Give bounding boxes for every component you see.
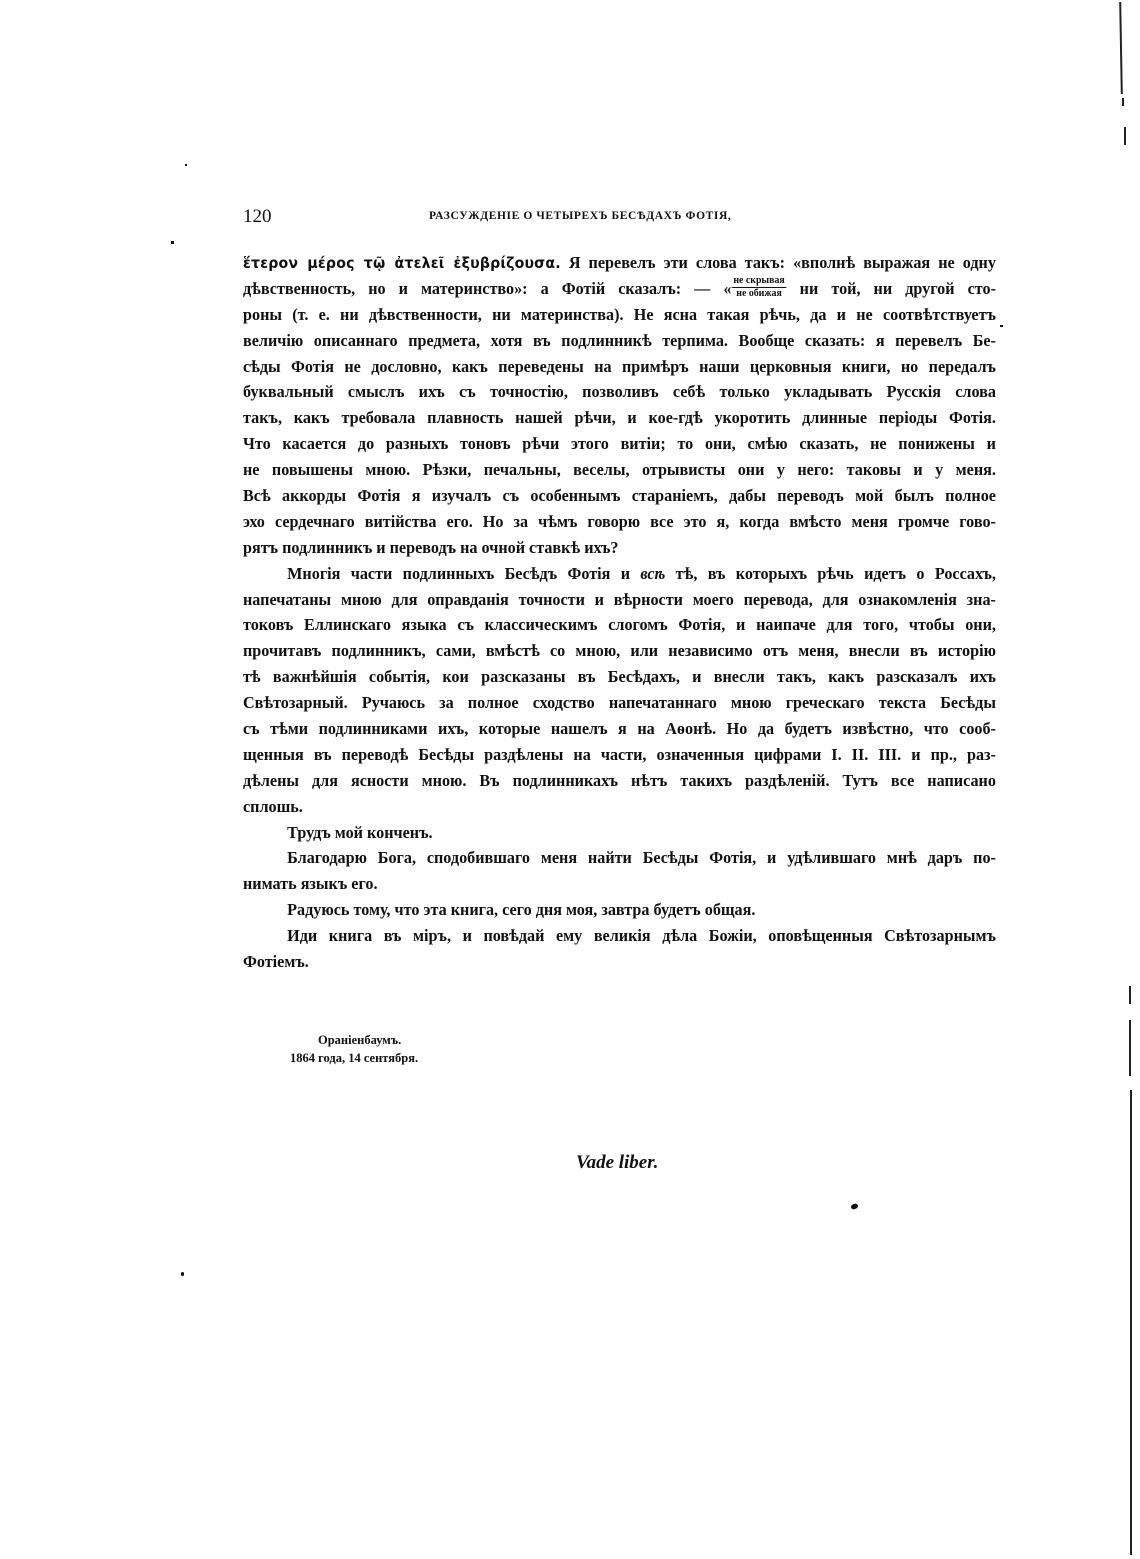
text-line: съ тѣми подлинниками ихъ, которые нашелъ… bbox=[243, 716, 996, 742]
text-line: Благодарю Бога, сподобившаго меня найти … bbox=[243, 845, 996, 871]
text-line: эхо сердечнаго витійства его. Но за чѣмъ… bbox=[243, 509, 996, 535]
greek-quote: ἕτερον μέρος τῷ ἀτελεῖ ἐξυβρίζουσα. bbox=[243, 254, 561, 272]
line-text: Многія части подлинныхъ Бесѣдъ Фотія и bbox=[287, 564, 640, 583]
text-line: Фотіемъ. bbox=[243, 949, 996, 975]
scan-edge-line bbox=[1119, 2, 1123, 94]
page-number: 120 bbox=[243, 206, 272, 228]
scan-speck bbox=[850, 1203, 858, 1210]
scan-edge-line bbox=[1124, 127, 1126, 145]
text-line: напечатаны мною для оправданія точности … bbox=[243, 587, 996, 613]
emphasis-text: всѣ bbox=[640, 564, 665, 583]
text-line: Иди книга въ міръ, и повѣдай ему великія… bbox=[243, 923, 996, 949]
line-text: дѣвственность, но и материнство»: а Фоті… bbox=[243, 279, 731, 298]
text-line: Трудъ мой конченъ. bbox=[243, 820, 996, 846]
text-line: Свѣтозарный. Ручаюсь за полное сходство … bbox=[243, 690, 996, 716]
scan-edge-line bbox=[1129, 986, 1131, 1004]
text-line: прочитавъ подлинникъ, сами, вмѣстѣ со мн… bbox=[243, 638, 996, 664]
scan-edge-line bbox=[1129, 1020, 1131, 1076]
signature-place: Ораніенбаумъ. bbox=[290, 1031, 418, 1049]
stacked-alternative: не скрываяне обижая bbox=[731, 275, 786, 300]
signature-date: 1864 года, 14 сентября. bbox=[290, 1049, 418, 1067]
text-line: дѣвственность, но и материнство»: а Фоті… bbox=[243, 276, 996, 302]
scan-edge-line bbox=[1122, 98, 1124, 106]
book-page: 120 РАЗСУЖДЕНІЕ О ЧЕТЫРЕХЪ БЕСѢДАХЪ ФОТІ… bbox=[0, 0, 1140, 1559]
text-line: токовъ Еллинскаго языка съ классическимъ… bbox=[243, 612, 996, 638]
text-line: нимать языкъ его. bbox=[243, 871, 996, 897]
text-line: сплошь. bbox=[243, 794, 996, 820]
text-line: ἕτερον μέρος τῷ ἀτελεῖ ἐξυβρίζουσα. Я пе… bbox=[243, 250, 996, 276]
closing-motto: Vade liber. bbox=[576, 1152, 658, 1174]
scan-speck bbox=[181, 1272, 184, 1276]
text-line: сѣды Фотія не дословно, какъ переведены … bbox=[243, 354, 996, 380]
scan-speck bbox=[185, 164, 187, 166]
fraction-top: не скрывая bbox=[731, 275, 786, 288]
scan-edge-line bbox=[1130, 1090, 1132, 1555]
text-line: рятъ подлинникъ и переводъ на очной став… bbox=[243, 535, 996, 561]
scan-speck bbox=[171, 241, 174, 244]
text-line: величію описаннаго предмета, хотя въ под… bbox=[243, 328, 996, 354]
text-line: такъ, какъ требовала плавность нашей рѣч… bbox=[243, 405, 996, 431]
text-line: буквальный смыслъ ихъ съ точностію, позв… bbox=[243, 379, 996, 405]
line-text: ни той, ни другой сто- bbox=[787, 279, 996, 298]
line-text: тѣ, въ которыхъ рѣчь идетъ о Россахъ, bbox=[665, 564, 996, 583]
line-text: Я перевелъ эти слова такъ: «вполнѣ выраж… bbox=[561, 253, 996, 272]
running-head: 120 РАЗСУЖДЕНІЕ О ЧЕТЫРЕХЪ БЕСѢДАХЪ ФОТІ… bbox=[243, 206, 998, 232]
fraction-bottom: не обижая bbox=[731, 288, 786, 300]
text-line: Что касается до разныхъ тоновъ рѣчи этог… bbox=[243, 431, 996, 457]
signature-block: Ораніенбаумъ. 1864 года, 14 сентября. bbox=[290, 1031, 418, 1067]
body-text: ἕτερον μέρος τῷ ἀτελεῖ ἐξυβρίζουσα. Я пе… bbox=[243, 250, 996, 975]
text-line: Многія части подлинныхъ Бесѣдъ Фотія и в… bbox=[243, 561, 996, 587]
running-title: РАЗСУЖДЕНІЕ О ЧЕТЫРЕХЪ БЕСѢДАХЪ ФОТІЯ, bbox=[429, 210, 731, 222]
text-line: Всѣ аккорды Фотія я изучалъ съ особенным… bbox=[243, 483, 996, 509]
text-line: роны (т. е. ни дѣвственности, ни материн… bbox=[243, 302, 996, 328]
text-line: дѣлены для ясности мною. Въ подлинникахъ… bbox=[243, 768, 996, 794]
text-line: не повышены мною. Рѣзки, печальны, весел… bbox=[243, 457, 996, 483]
text-line: тѣ важнѣйшія событія, кои разсказаны въ … bbox=[243, 664, 996, 690]
scan-speck bbox=[1000, 325, 1003, 327]
text-line: щенныя въ переводѣ Бесѣды раздѣлены на ч… bbox=[243, 742, 996, 768]
text-line: Радуюсь тому, что эта книга, сего дня мо… bbox=[243, 897, 996, 923]
